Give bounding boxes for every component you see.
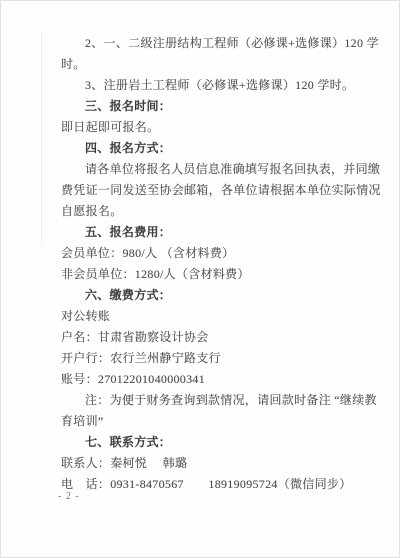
text-line: 三、报名时间： xyxy=(61,96,381,117)
text-line: 对公转账 xyxy=(61,306,381,327)
text-line: 请各单位将报名人员信息准确填写报名回执表，并同缴 xyxy=(61,159,381,180)
text-line: 非会员单位：1280/人（含材料费） xyxy=(61,264,381,285)
text-line: 自愿报名。 xyxy=(61,201,381,222)
text-line: 电 话：0931-8470567 18919095724（微信同步） xyxy=(61,474,381,495)
page-number: - 2 - xyxy=(58,491,80,502)
text-line: 育培训” xyxy=(61,411,381,432)
text-line: 户名：甘肃省勘察设计协会 xyxy=(61,327,381,348)
document-body: 2、一、二级注册结构工程师（必修课+选修课）120 学时。3、注册岩土工程师（必… xyxy=(61,33,381,495)
text-line: 四、报名方式： xyxy=(61,138,381,159)
text-line: 开户行：农行兰州静宁路支行 xyxy=(61,348,381,369)
scanned-document-page: 2、一、二级注册结构工程师（必修课+选修课）120 学时。3、注册岩土工程师（必… xyxy=(0,0,400,558)
text-line: 即日起即可报名。 xyxy=(61,117,381,138)
text-line: 七、联系方式： xyxy=(61,432,381,453)
text-line: 3、注册岩土工程师（必修课+选修课）120 学时。 xyxy=(61,75,381,96)
text-line: 2、一、二级注册结构工程师（必修课+选修课）120 学 xyxy=(61,33,381,54)
text-line: 费凭证一同发送至协会邮箱，各单位请根据本单位实际情况 xyxy=(61,180,381,201)
text-line: 五、报名费用： xyxy=(61,222,381,243)
scan-artifact-line xyxy=(41,31,42,246)
text-line: 注：为便于财务查询到款情况，请回款时备注 “继续教 xyxy=(61,390,381,411)
text-line: 联系人：秦柯悦 韩璐 xyxy=(61,453,381,474)
text-line: 六、缴费方式： xyxy=(61,285,381,306)
text-line: 时。 xyxy=(61,54,381,75)
text-line: 账号：27012201040000341 xyxy=(61,369,381,390)
text-line: 会员单位：980/人 （含材料费） xyxy=(61,243,381,264)
